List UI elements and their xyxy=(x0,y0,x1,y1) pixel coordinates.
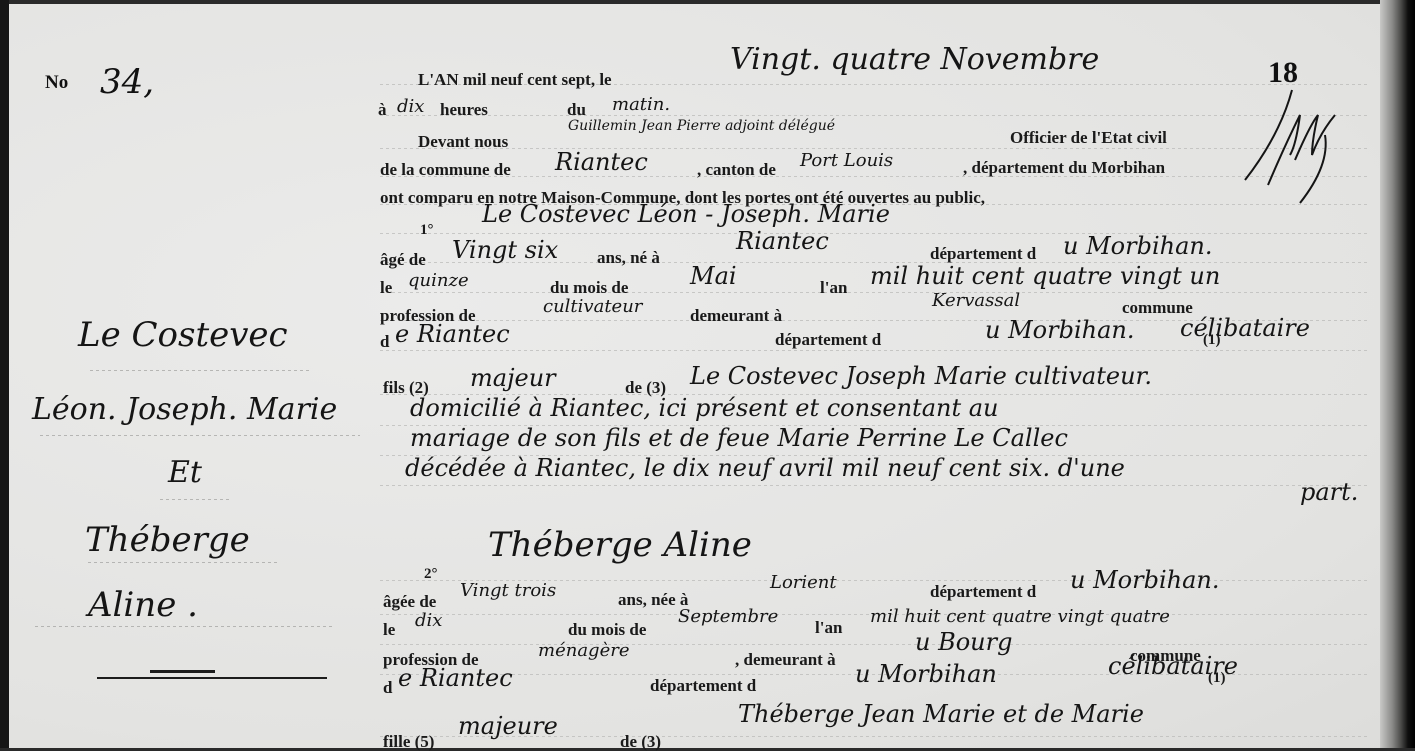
page-left-edge xyxy=(0,0,9,751)
margin-groom-given-names: Léon. Joseph. Marie xyxy=(32,392,337,427)
groom-age-label: âgé de xyxy=(380,250,426,270)
ruled-line xyxy=(380,485,1370,486)
header-morning-hand: matin. xyxy=(612,94,670,115)
groom-parents-line4: décédée à Riantec, le dix neuf avril mil… xyxy=(405,454,1125,482)
groom-profession-hand: cultivateur xyxy=(543,296,642,317)
groom-dept-hand: u Morbihan. xyxy=(1063,232,1212,260)
signature-paraph xyxy=(1240,85,1340,205)
margin-long-rule xyxy=(97,677,327,679)
book-binding xyxy=(1380,0,1415,751)
header-canton-label: , canton de xyxy=(697,160,776,180)
bride-daughter-hand: majeure xyxy=(458,712,558,740)
margin-ruled-line xyxy=(88,562,278,563)
bride-age-hand: Vingt trois xyxy=(460,580,556,601)
groom-commune-hand: e Riantec xyxy=(395,320,510,348)
bride-age-label: âgée de xyxy=(383,592,436,612)
header-line1-print: L'AN mil neuf cent sept, le xyxy=(418,70,612,90)
header-du: du xyxy=(567,100,586,120)
header-commune-label: de la commune de xyxy=(380,160,511,180)
bride-parents-line1: Théberge Jean Marie et de Marie xyxy=(738,700,1144,728)
groom-parents-line3: mariage de son fils et de feue Marie Per… xyxy=(410,424,1068,452)
ruled-line xyxy=(380,115,1370,116)
groom-day-label: le xyxy=(380,278,392,298)
groom-status-hand: célibataire xyxy=(1180,314,1310,342)
bride-of-label: de (3) xyxy=(620,732,661,751)
groom-commune-prefix: d xyxy=(380,332,389,352)
act-number-label: No xyxy=(45,72,68,94)
groom-name-hand: Le Costevec Léon - Joseph. Marie xyxy=(482,200,890,228)
bride-day-label: le xyxy=(383,620,395,640)
bride-name-hand: Théberge Aline xyxy=(488,525,752,565)
margin-short-rule xyxy=(150,670,215,673)
groom-year-hand: mil huit cent quatre vingt un xyxy=(870,262,1220,290)
bride-year-label: l'an xyxy=(815,618,842,638)
bride-year-hand: mil huit cent quatre vingt quatre xyxy=(870,606,1170,627)
ruled-line xyxy=(380,233,1370,234)
margin-ruled-line xyxy=(90,370,310,371)
bride-dept2-label: département d xyxy=(650,676,756,696)
groom-residence-hand: Kervassal xyxy=(932,290,1020,311)
bride-profession-hand: ménagère xyxy=(538,640,629,661)
header-commune-hand: Riantec xyxy=(555,148,648,176)
groom-birthplace-hand: Riantec xyxy=(736,227,829,255)
groom-note-1: (1) xyxy=(1203,332,1221,349)
groom-month-label: du mois de xyxy=(550,278,628,298)
bride-month-hand: Septembre xyxy=(678,606,778,627)
margin-bride-given-name: Aline . xyxy=(88,585,198,625)
header-officer-hand: Guillemin Jean Pierre adjoint délégué xyxy=(568,118,835,134)
ruled-line xyxy=(380,148,1370,149)
bride-dept-hand: u Morbihan. xyxy=(1070,566,1219,594)
bride-ordinal: 2° xyxy=(424,566,438,583)
header-date-hand: Vingt. quatre Novembre xyxy=(730,42,1099,77)
register-page: No 34, 18 Le Costevec Léon. Joseph. Mari… xyxy=(0,0,1415,751)
bride-note-1: (1) xyxy=(1208,670,1226,687)
groom-parents-line5: part. xyxy=(1300,478,1358,506)
margin-ruled-line xyxy=(40,435,360,436)
bride-daughter-label: fille (5) xyxy=(383,732,434,751)
ruled-line xyxy=(380,176,1370,177)
margin-ruled-line xyxy=(35,626,335,627)
groom-month-hand: Mai xyxy=(690,262,737,290)
ruled-line xyxy=(380,292,1370,293)
bride-commune-prefix: d xyxy=(383,678,392,698)
bride-dept-label: département d xyxy=(930,582,1036,602)
header-devant-nous: Devant nous xyxy=(418,132,508,152)
groom-dept-label: département d xyxy=(930,244,1036,264)
groom-residence-label: demeurant à xyxy=(690,306,782,326)
act-number: 34, xyxy=(100,62,154,102)
page-top-edge xyxy=(0,0,1415,4)
groom-parents-line2: domicilié à Riantec, ici présent et cons… xyxy=(410,394,999,422)
margin-ruled-line xyxy=(160,499,230,500)
groom-dept2-hand: u Morbihan. xyxy=(985,316,1134,344)
header-canton-hand: Port Louis xyxy=(800,150,893,171)
groom-ordinal: 1° xyxy=(420,222,434,239)
bride-residence-hand: u Bourg xyxy=(915,628,1012,656)
bride-dept2-hand: u Morbihan xyxy=(855,660,997,688)
bride-commune-hand: e Riantec xyxy=(398,664,513,692)
margin-conjunction: Et xyxy=(168,455,202,490)
header-a: à xyxy=(378,100,387,120)
groom-son-hand: majeur xyxy=(470,364,556,392)
margin-bride-surname: Théberge xyxy=(85,520,250,560)
groom-born-label: ans, né à xyxy=(597,248,660,268)
ruled-line xyxy=(380,350,1370,351)
ruled-line xyxy=(380,644,1370,645)
bride-month-label: du mois de xyxy=(568,620,646,640)
groom-year-label: l'an xyxy=(820,278,847,298)
groom-dept2-label: département d xyxy=(775,330,881,350)
header-officier: Officier de l'Etat civil xyxy=(1010,128,1167,148)
groom-parents-line1: Le Costevec Joseph Marie cultivateur. xyxy=(690,362,1152,390)
groom-day-hand: quinze xyxy=(408,270,469,291)
header-department: , département du Morbihan xyxy=(963,158,1165,178)
margin-groom-surname: Le Costevec xyxy=(78,315,288,355)
bride-birthplace-hand: Lorient xyxy=(770,572,837,593)
header-heures: heures xyxy=(440,100,488,120)
header-hour-hand: dix xyxy=(397,96,424,117)
bride-day-hand: dix xyxy=(415,610,442,631)
groom-age-hand: Vingt six xyxy=(452,236,558,264)
bride-residence-label: , demeurant à xyxy=(735,650,836,670)
